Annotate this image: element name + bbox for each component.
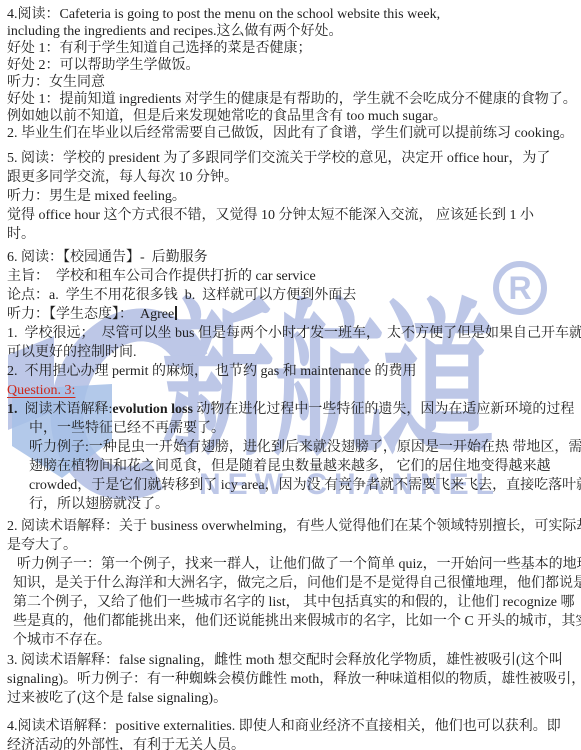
text-segment: 3. 阅读术语解释：false signaling，雌性 moth 想交配时会释… [7,653,563,668]
text-line: 个城市不存在。 [7,631,581,650]
text-line: 经济活动的外部性，有利于无关人员。 [7,736,581,750]
text-line: 行，所以翅膀就没了。 [7,495,581,514]
section-4-cafeteria-menu: 4.阅读：Cafeteria is going to post the menu… [7,6,581,142]
text-line: 1. 阅读术语解释:evolution loss 动物在进化过程中一些特征的遗失… [7,400,581,419]
text-segment: 论点：a. 学生不用花很多钱 b. 这样就可以方便到外面去 [7,288,356,303]
text-segment: signaling)。听力例子：有一种蜘蛛会模仿雌性 moth，释放一种味道相似… [7,672,581,687]
document-page: 新航道 NEW CHANNEL R 4.阅读：Cafeteria is goin… [0,0,581,750]
text-line: 翅膀在植物间和花之间觅食，但是随着昆虫数量越来越多， 它们的居住地变得越来越 [7,457,581,476]
text-line: 可以更好的控制时间. [7,343,581,362]
text-line: 主旨： 学校和租车公司合作提供打折的 car service [7,267,581,286]
text-segment: 好处 1：有利于学生知道自己选择的菜是否健康； [7,41,312,56]
text-line: 觉得 office hour 这个方式很不错，又觉得 10 分钟太短不能深入交流… [7,206,581,225]
text-segment: 是夸大了。 [7,538,77,553]
text-segment: 可以更好的控制时间. [7,345,137,360]
text-line: 好处 1：有利于学生知道自己选择的菜是否健康； [7,40,581,57]
text-line: 听力：女生同意 [7,74,581,91]
term-2-business-overwhelming: 2. 阅读术语解释：关于 business overwhelming，有些人觉得… [7,517,581,650]
text-segment: 好处 2：可以帮助学生学做饭。 [7,58,200,73]
text-segment: 1. 学校很远； 尽管可以坐 bus 但是每两个小时才发一班车， 太不方便了但是… [7,326,581,341]
text-line: 2. 阅读术语解释：关于 business overwhelming，有些人觉得… [7,517,581,536]
text-segment: including the ingredients and recipes.这么… [7,24,343,39]
text-segment: 听力：女生同意 [7,75,105,90]
text-line: including the ingredients and recipes.这么… [7,23,581,40]
text-segment: 第二个例子，又给了他们一些城市名字的 list， 其中包括真实的和假的，让他们 … [13,595,575,610]
text-segment: 听力例子:一种昆虫一开始有翅膀，进化到后来就没翅膀了，原因是一开始在热 带地区，… [29,440,581,455]
text-segment: 时。 [7,227,35,242]
text-line: 例如她以前不知道，但是后来发现她常吃的食品里含有 too much sugar。 [7,108,581,125]
text-line: 些是真的，他们都能挑出来，他们还说能挑出来假城市的名字，比如一个 C 开头的城市… [7,612,581,631]
text-segment: 些是真的，他们都能挑出来，他们还说能挑出来假城市的名字，比如一个 C 开头的城市… [13,614,581,629]
text-segment: 主旨： 学校和租车公司合作提供打折的 car service [7,269,316,284]
text-segment: 行，所以翅膀就没了。 [29,497,169,512]
section-5-office-hour: 5. 阅读：学校的 president 为了多跟同学们交流关于学校的意见，决定开… [7,149,581,244]
text-segment: 5. 阅读：学校的 president 为了多跟同学们交流关于学校的意见，决定开… [7,151,550,166]
text-segment: 知识，是关于什么海洋和大洲名字，做完之后，问他们是不是觉得自己很懂地理，他们都说… [13,576,581,591]
document-body: 4.阅读：Cafeteria is going to post the menu… [0,0,581,750]
text-line: 6. 阅读：【校园通告】- 后勤服务 [7,248,581,267]
term-4-positive-externalities: 4.阅读术语解释：positive externalities. 即使人和商业经… [7,717,581,750]
text-line: 听力例子一：第一个例子，找来一群人，让他们做了一个简单 quiz，一开始问一些基… [7,555,581,574]
text-segment: 好处 1：提前知道 ingredients 对学生的健康是有帮助的，学生就不会吃… [7,92,577,107]
text-line: 3. 阅读术语解释：false signaling，雌性 moth 想交配时会释… [7,651,581,670]
text-segment: 中，一些特征已经不再需要了。 [29,421,225,436]
text-line: 4.阅读：Cafeteria is going to post the menu… [7,6,581,23]
text-line: 2. 毕业生们在毕业以后经常需要自己做饭，因此有了食谱，学生们就可以提前练习 c… [7,125,581,142]
text-line: 听力例子:一种昆虫一开始有翅膀，进化到后来就没翅膀了，原因是一开始在热 带地区，… [7,438,581,457]
text-segment: 6. 阅读：【校园通告】- 后勤服务 [7,250,208,265]
text-segment: 4.阅读：Cafeteria is going to post the menu… [7,7,440,22]
text-segment: crowded，于是它们就转移到了 icy area，因为没 有竞争者就不需要飞… [29,478,581,493]
text-segment: 觉得 office hour 这个方式很不错，又觉得 10 分钟太短不能深入交流… [7,208,534,223]
text-segment: 听力例子一：第一个例子，找来一群人，让他们做了一个简单 quiz，一开始问一些基… [17,557,581,572]
text-line: 跟更多同学交流，每人每次 10 分钟。 [7,168,581,187]
text-line: 中，一些特征已经不再需要了。 [7,419,581,438]
text-line: 知识，是关于什么海洋和大洲名字，做完之后，问他们是不是觉得自己很懂地理，他们都说… [7,574,581,593]
text-line: Question. 3: [7,381,581,400]
text-line: crowded，于是它们就转移到了 icy area，因为没 有竞争者就不需要飞… [7,476,581,495]
text-segment: 2. 不用担心办理 permit 的麻烦， 也节约 gas 和 maintena… [7,364,416,379]
text-line: 1. 学校很远； 尽管可以坐 bus 但是每两个小时才发一班车， 太不方便了但是… [7,324,581,343]
text-segment: 翅膀在植物间和花之间觅食，但是随着昆虫数量越来越多， 它们的居住地变得越来越 [29,459,551,474]
text-line: 4.阅读术语解释：positive externalities. 即使人和商业经… [7,717,581,736]
text-segment: 阅读术语解释: [18,402,113,417]
text-segment: 2. 毕业生们在毕业以后经常需要自己做饭，因此有了食谱，学生们就可以提前练习 c… [7,126,574,141]
text-segment: 经济活动的外部性，有利于无关人员。 [7,738,245,750]
text-line: 听力：【学生态度】： Agree [7,305,581,324]
text-segment: 过来被吃了(这个是 false signaling)。 [7,691,227,706]
text-segment: 个城市不存在。 [13,633,111,648]
text-line: 2. 不用担心办理 permit 的麻烦， 也节约 gas 和 maintena… [7,362,581,381]
text-segment: 动物在进化过程中一些特征的遗失，因为在适应新环境的过程 [193,402,575,417]
text-line: 是夸大了。 [7,536,581,555]
text-segment: 2. 阅读术语解释：关于 business overwhelming，有些人觉得… [7,519,581,534]
text-line: 好处 1：提前知道 ingredients 对学生的健康是有帮助的，学生就不会吃… [7,91,581,108]
text-segment: 听力：男生是 mixed feeling。 [7,189,186,204]
term-3-false-signaling: 3. 阅读术语解释：false signaling，雌性 moth 想交配时会释… [7,651,581,708]
text-segment: evolution loss [112,402,193,417]
text-line: 论点：a. 学生不用花很多钱 b. 这样就可以方便到外面去 [7,286,581,305]
text-line: 过来被吃了(这个是 false signaling)。 [7,689,581,708]
section-6-car-service: 6. 阅读：【校园通告】- 后勤服务主旨： 学校和租车公司合作提供打折的 car… [7,248,581,381]
text-segment: Question. 3: [7,383,75,398]
text-line: 第二个例子，又给了他们一些城市名字的 list， 其中包括真实的和假的，让他们 … [7,593,581,612]
text-line: signaling)。听力例子：有一种蜘蛛会模仿雌性 moth，释放一种味道相似… [7,670,581,689]
text-cursor [175,306,177,320]
text-segment: 1. [7,402,18,417]
question-3: Question. 3:1. 阅读术语解释:evolution loss 动物在… [7,381,581,514]
text-segment: 跟更多同学交流，每人每次 10 分钟。 [7,170,238,185]
text-line: 好处 2：可以帮助学生学做饭。 [7,57,581,74]
text-line: 时。 [7,225,581,244]
text-line: 5. 阅读：学校的 president 为了多跟同学们交流关于学校的意见，决定开… [7,149,581,168]
text-segment: 例如她以前不知道，但是后来发现她常吃的食品里含有 too much sugar。 [7,109,447,124]
text-segment: 听力：【学生态度】： Agree [7,307,174,322]
text-line: 听力：男生是 mixed feeling。 [7,187,581,206]
text-segment: 4.阅读术语解释：positive externalities. 即使人和商业经… [7,719,561,734]
